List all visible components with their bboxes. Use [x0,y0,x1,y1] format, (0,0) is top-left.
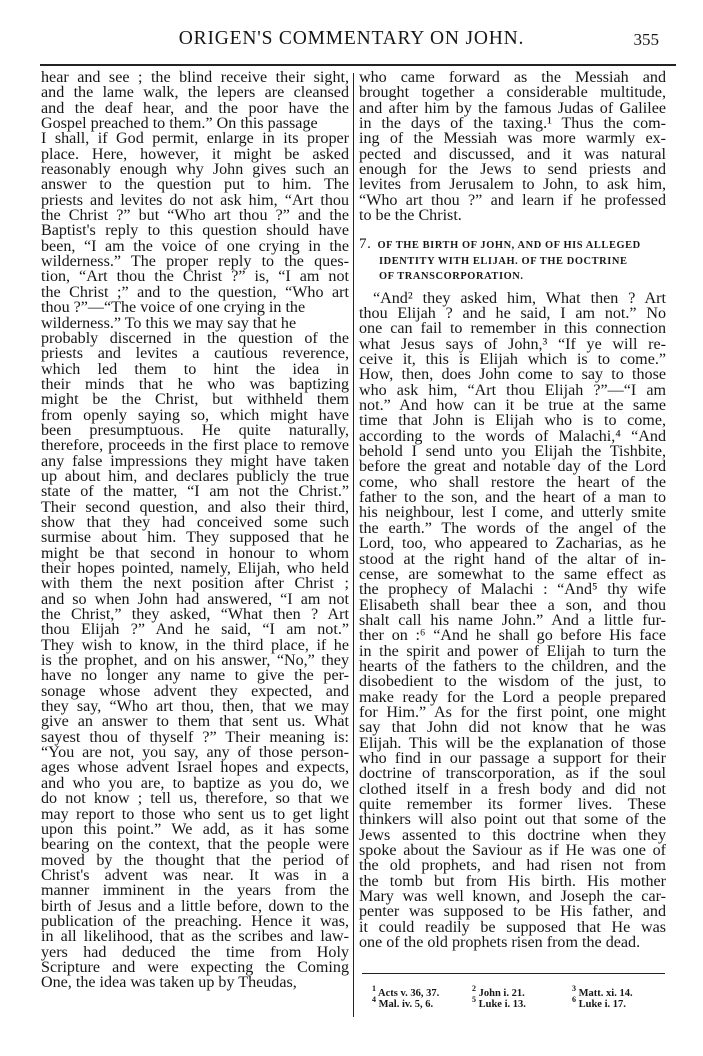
text-line: and after him by the famous Judas of Gal… [359,101,666,116]
text-line: with them the next position after Christ… [41,576,349,591]
text-line: time that John is Elijah who is to come, [359,413,666,428]
page-header: ORIGEN'S COMMENTARY ON JOHN. 355 [0,0,703,64]
text-line: say that John did not know that he was [359,720,666,735]
text-line: “Who art thou ?” and learn if he profess… [359,193,666,208]
header-rule [40,64,676,66]
footnote-mark: 5 [472,995,476,1004]
text-line: the Christ ?” but “Who art thou ?” and t… [41,208,349,223]
text-line: answer to the question put to him. The [41,177,349,192]
text-line: ages whose advent Israel hopes and expec… [41,760,349,775]
text-line: spoke about the Saviour as if He was one… [359,843,666,858]
text-line: bearing on the context, that the people … [41,837,349,852]
text-line: may report to those who sent us to get l… [41,807,349,822]
text-line: sayest thou of thyself ?” Their meaning … [41,730,349,745]
text-line: before the great and notable day of the … [359,459,666,474]
text-line: upon this point.” We add, as it has some [41,822,349,837]
footnote-ref: Acts v. 36, 37. [378,988,439,999]
text-line: doctrine of transcorporation, as if the … [359,766,666,781]
text-line: state of the matter, “I am not the Chris… [41,484,349,499]
text-line: enough for the Jews to send priests and [359,162,666,177]
text-line: it could readily be supposed that He was [359,920,666,935]
text-line: Baptist's reply to this question should … [41,223,349,238]
right-body-paragraph: “And² they asked him, What then ? Arttho… [359,291,666,951]
text-line: thou Elijah ?” And he said, “I am not.” [41,622,349,637]
text-line: who ask him, “Art thou Elijah ?”—“I am [359,383,666,398]
column-divider [353,73,354,1017]
footnote: 2 John i. 21. [472,988,572,999]
footnotes: 1 Acts v. 36, 37. 2 John i. 21. 3 Matt. … [372,988,672,1010]
text-line: one of the old prophets risen from the d… [359,935,666,950]
text-line: stood at the right hand of the altar of … [359,552,666,567]
text-line: One, the idea was taken up by Theudas, [41,975,349,990]
text-line: birth of Jesus and a little before, down… [41,899,349,914]
section-heading-line: IDENTITY WITH ELIJAH. OF THE DOCTRINE [359,254,666,269]
text-line: “And² they asked him, What then ? Art [359,291,666,306]
text-line: ther on :⁶ “And he shall go before His f… [359,628,666,643]
footnote-mark: 6 [572,995,576,1004]
text-line: clothed itself in a fresh body and did n… [359,782,666,797]
text-line: hear and see ; the blind receive their s… [41,70,349,85]
text-line: do not know ; tell us, therefore, so tha… [41,791,349,806]
footnote: 3 Matt. xi. 14. [572,988,672,999]
text-line: quite remember its former lives. These [359,797,666,812]
text-line: any false impressions they might have ta… [41,454,349,469]
text-line: wilderness.” To this we may say that he [41,316,349,331]
text-line: who came forward as the Messiah and [359,70,666,85]
text-line: give an answer to them that sent us. Wha… [41,714,349,729]
footnote-ref: Luke i. 13. [479,999,526,1010]
text-line: up about him, and declares publicly the … [41,469,349,484]
text-line: Gospel preached to them.” On this passag… [41,116,349,131]
text-line: the Christ ;” and to the question, “Who … [41,285,349,300]
text-line: and the lame walk, the lepers are cleans… [41,85,349,100]
text-line: Elijah. This will be the explanation of … [359,736,666,751]
text-line: penter was supposed to be His father, an… [359,904,666,919]
text-line: therefore, proceeds in the first place t… [41,438,349,453]
text-line: probably discerned in the question of th… [41,331,349,346]
text-line: sonage whose advent they expected, and [41,684,349,699]
text-line: Jews assented to this doctrine when they [359,828,666,843]
text-line: “You are not, you say, any of those pers… [41,745,349,760]
text-line: priests and levites do not ask him, “Art… [41,193,349,208]
text-line: place. Here, however, it might be asked [41,147,349,162]
text-line: behold I send unto you Elijah the Tishbi… [359,444,666,459]
section-number: 7. [359,236,371,252]
text-line: their hopes pointed, namely, Elijah, who… [41,561,349,576]
text-line: Their second question, and also their th… [41,500,349,515]
text-line: How, then, does John come to say to thos… [359,367,666,382]
text-line: and so when John had answered, “I am not [41,592,349,607]
page-number: 355 [634,30,660,50]
text-line: moved by the thought that the period of [41,853,349,868]
text-line: publication of the preaching. Hence it w… [41,914,349,929]
text-line: priests and levites a cautious reverence… [41,346,349,361]
text-line: Elisabeth shall bear thee a son, and tho… [359,598,666,613]
right-column: who came forward as the Messiah andbroug… [359,70,666,950]
footnote: 1 Acts v. 36, 37. [372,988,472,999]
text-line: Scripture and were expecting the Coming [41,960,349,975]
text-line: cense, are somewhat to the same effect a… [359,567,666,582]
right-intro-paragraph: who came forward as the Messiah andbroug… [359,70,666,223]
text-line: surmise about him. They supposed that he [41,530,349,545]
text-line: they say, “Who art thou, then, that we m… [41,699,349,714]
text-line: levites from Jerusalem to John, to ask h… [359,177,666,192]
text-line: thou Elijah ? and he said, I am not.” No [359,306,666,321]
text-line: make ready for the Lord a people prepare… [359,690,666,705]
footnote-ref: Matt. xi. 14. [579,988,633,999]
text-line: the tomb but from His birth. His mother [359,874,666,889]
text-line: to be the Christ. [359,208,666,223]
text-line: in the days of the taxing.¹ Thus the com… [359,116,666,131]
text-line: disobedient to the wisdom of the just, t… [359,674,666,689]
text-line: in all likelihood, that as the scribes a… [41,929,349,944]
text-line: shalt call his name John.” And a little … [359,613,666,628]
text-line: not.” And how can it be true at the same [359,398,666,413]
text-line: the earth.” The words of the angel of th… [359,521,666,536]
text-line: which led them to hint the idea in [41,362,349,377]
text-line: reasonably enough why John gives such an [41,162,349,177]
text-line: show that they had conceived some such [41,515,349,530]
text-line: thinkers will also point out that some o… [359,812,666,827]
text-line: Lord, too, who appeared to Zacharias, as… [359,536,666,551]
footnote: 6 Luke i. 17. [572,999,672,1010]
footnote-row: 1 Acts v. 36, 37. 2 John i. 21. 3 Matt. … [372,988,672,999]
text-line: ceive it, this is Elijah which is to com… [359,352,666,367]
text-line: is the prophet, and on his answer, “No,”… [41,653,349,668]
text-line: brought together a considerable multitud… [359,85,666,100]
running-title: ORIGEN'S COMMENTARY ON JOHN. [0,28,703,50]
text-line: the old prophets, and had risen not from [359,858,666,873]
text-line: who find in our passage a support for th… [359,751,666,766]
left-column: hear and see ; the blind receive their s… [41,70,349,991]
text-line: and who you are, to baptize as you do, w… [41,776,349,791]
section-heading-line: OF TRANSCORPORATION. [359,269,666,284]
footnote-ref: John i. 21. [479,988,525,999]
text-line: been presumptuous. He quite naturally, [41,423,349,438]
footnote-row: 4 Mal. iv. 5, 6. 5 Luke i. 13. 6 Luke i.… [372,999,672,1010]
text-line: the prophecy of Malachi : “And⁵ thy wife [359,582,666,597]
text-line: might be that second in honour to whom [41,546,349,561]
text-line: pected and discussed, and it was natural [359,147,666,162]
text-line: his neighbour, lest I come, and utterly … [359,505,666,520]
text-line: been, “I am the voice of one crying in t… [41,239,349,254]
text-line: come, who shall restore the heart of the [359,475,666,490]
text-line: have no longer any name to give the per- [41,668,349,683]
footnote-rule [362,973,665,974]
footnote-ref: Mal. iv. 5, 6. [379,999,434,1010]
footnote-mark: 4 [372,995,376,1004]
text-line: what Jesus says of John,³ “If ye will re… [359,337,666,352]
footnote: 5 Luke i. 13. [472,999,572,1010]
text-line: according to the words of Malachi,⁴ “And [359,429,666,444]
text-line: Mary was well known, and Joseph the car- [359,889,666,904]
text-line: and the deaf hear, and the poor have the [41,101,349,116]
footnote-mark: 1 [372,984,376,993]
text-line: tion, “Art thou the Christ ?” is, “I am … [41,269,349,284]
text-line: manner imminent in the years from the [41,883,349,898]
text-line: yers had deduced the time from Holy [41,945,349,960]
section-heading-line: OF THE BIRTH OF JOHN, AND OF HIS ALLEGED [377,240,640,251]
footnote: 4 Mal. iv. 5, 6. [372,999,472,1010]
footnote-ref: Luke i. 17. [579,999,626,1010]
text-line: in the spirit and power of Elijah to tur… [359,644,666,659]
text-line: one can fail to remember in this connect… [359,321,666,336]
section-heading: 7.OF THE BIRTH OF JOHN, AND OF HIS ALLEG… [359,237,666,284]
text-line: hearts of the fathers to the children, a… [359,659,666,674]
text-line: for Him.” As for the first point, one mi… [359,705,666,720]
text-line: I shall, if God permit, enlarge in its p… [41,131,349,146]
text-line: They wish to know, in the third place, i… [41,638,349,653]
footnote-mark: 3 [572,984,576,993]
text-line: from openly saying so, which might have [41,408,349,423]
text-line: might be the Christ, but withheld them [41,392,349,407]
text-line: Christ's advent was near. It was in a [41,868,349,883]
footnote-mark: 2 [472,984,476,993]
text-line: their minds that he who was baptizing [41,377,349,392]
text-line: ing of the Messiah was more warmly ex- [359,131,666,146]
text-line: the Christ,” they asked, “What then ? Ar… [41,607,349,622]
text-line: wilderness.” The proper reply to the que… [41,254,349,269]
text-line: thou ?”—“The voice of one crying in the [41,300,349,315]
text-line: father to the son, and the heart of a ma… [359,490,666,505]
